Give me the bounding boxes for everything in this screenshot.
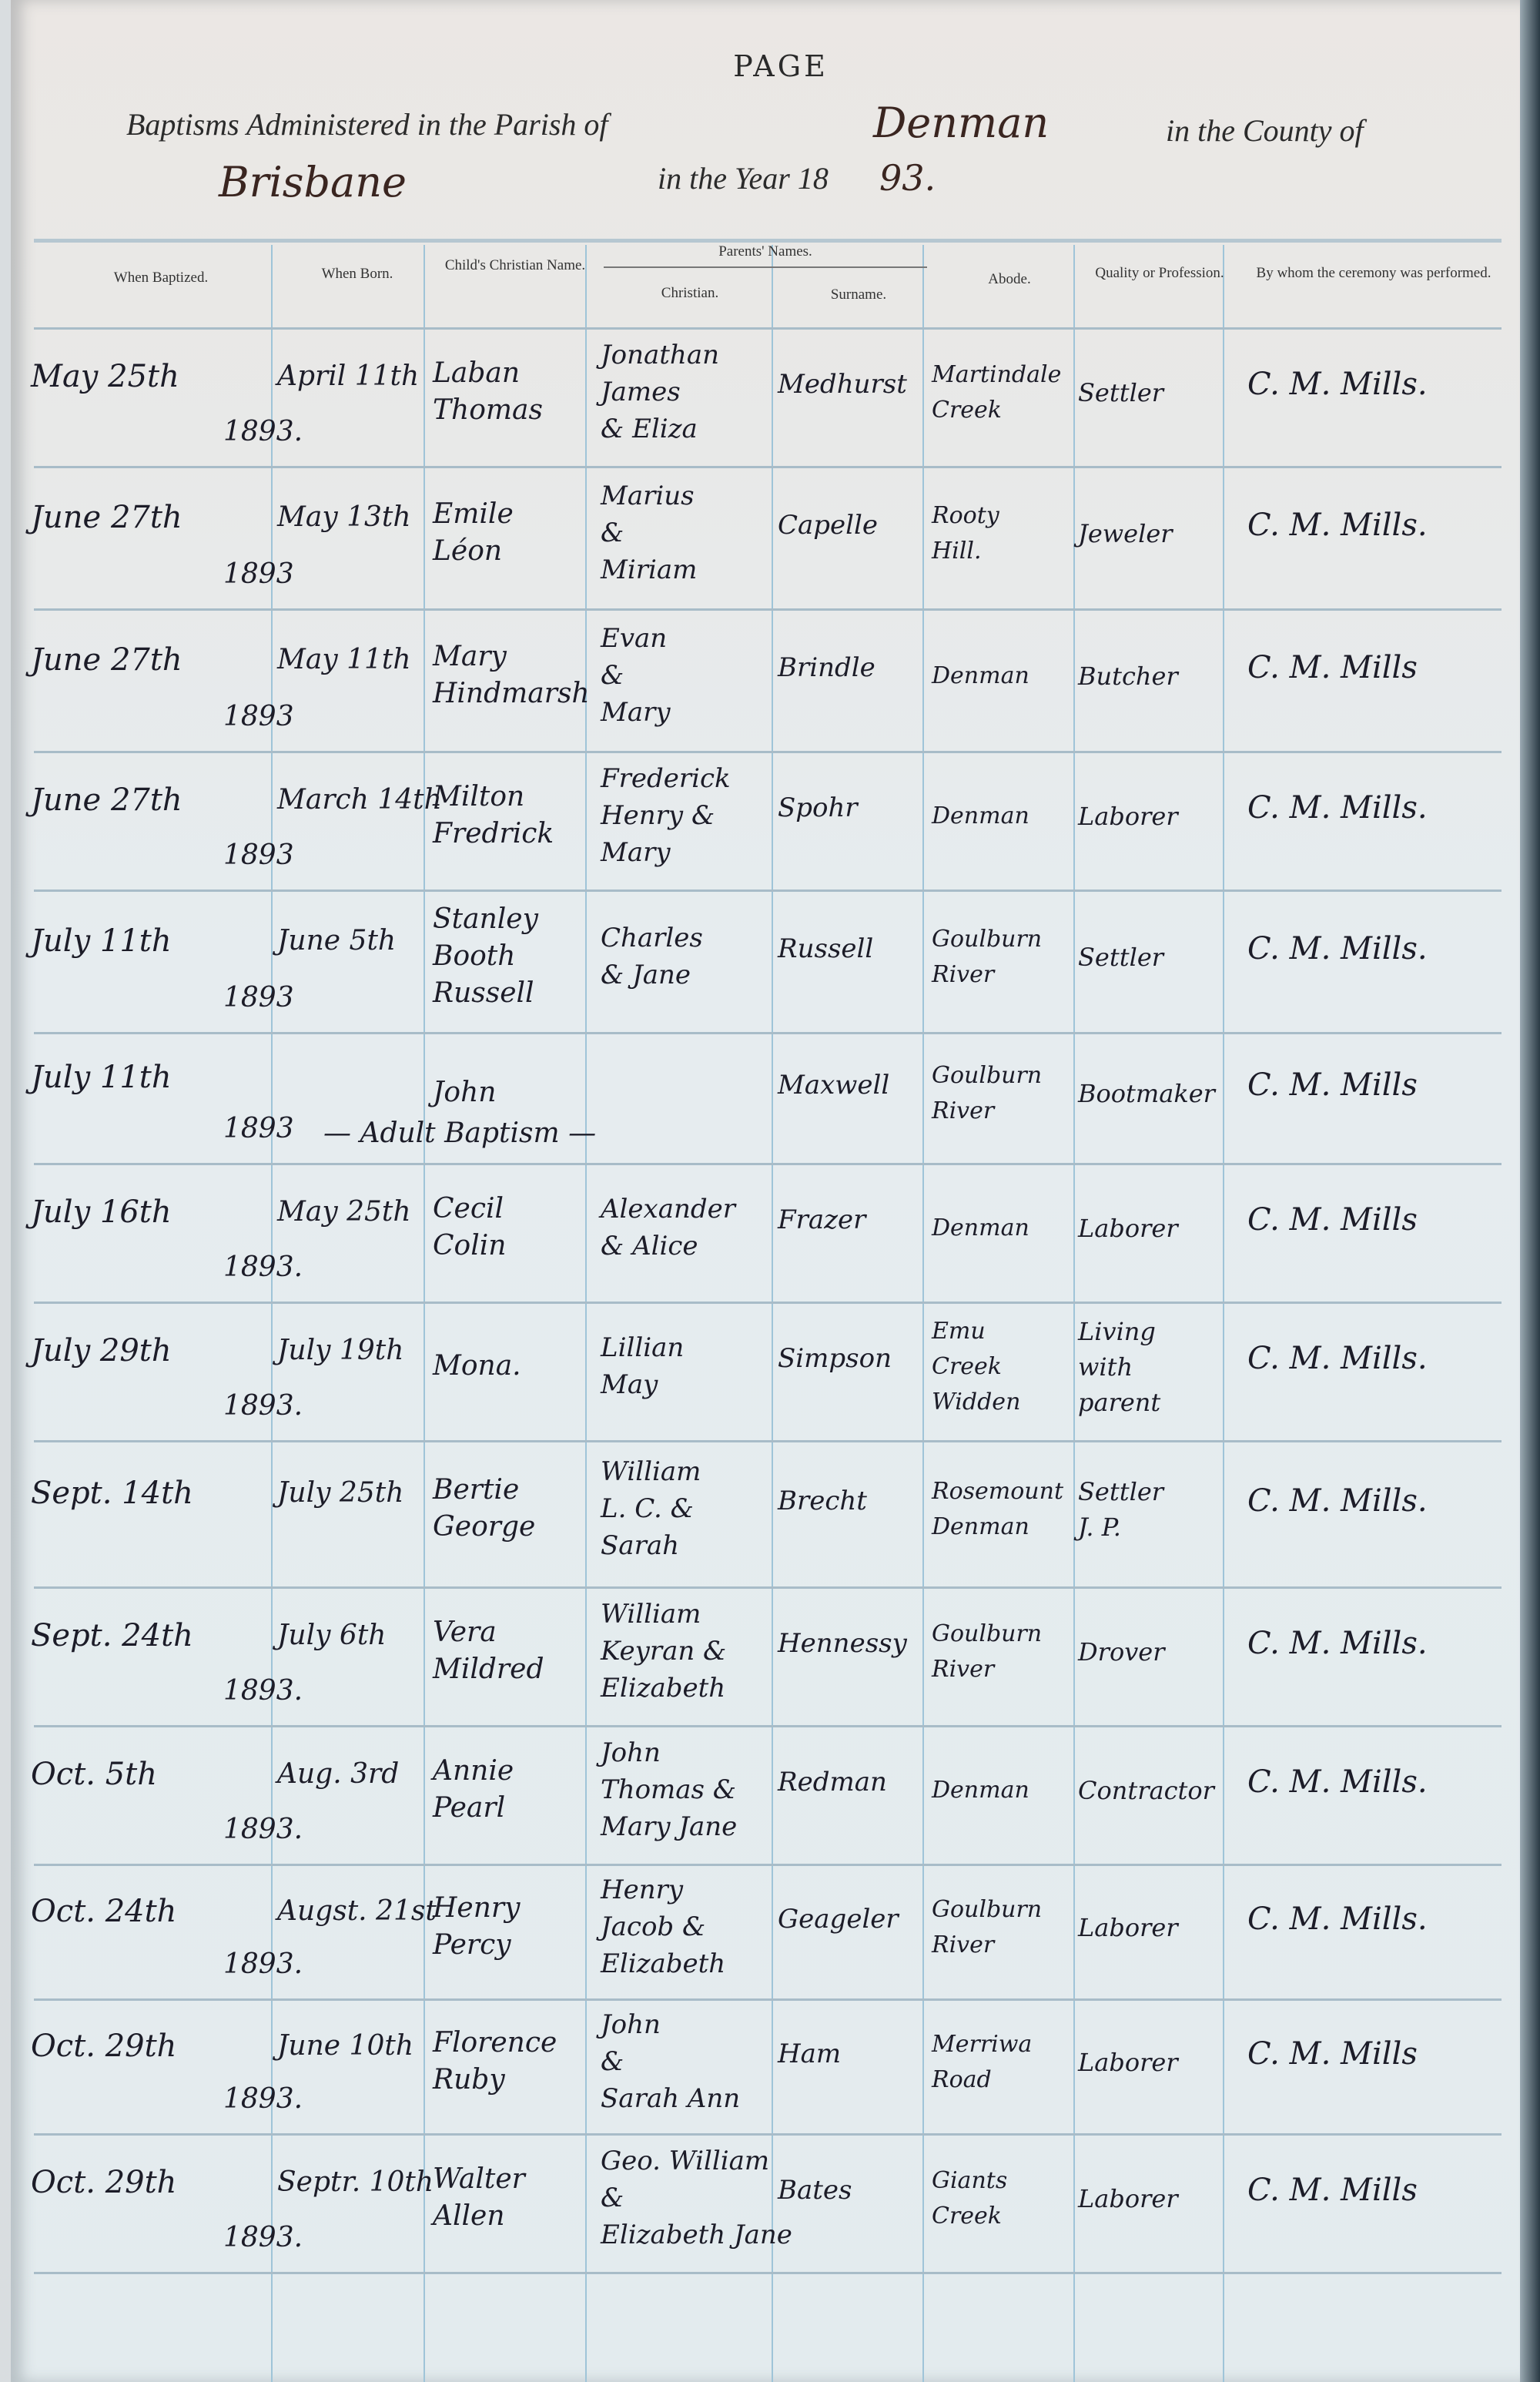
entry-parent-christian: Thomas & <box>601 1771 736 1808</box>
entry-officiant: C. M. Mills. <box>1247 930 1428 967</box>
entry-child-name: Colin <box>433 1228 506 1265</box>
entry-child-name: Hindmarsh <box>433 675 590 712</box>
entry-born-date: April 11th <box>277 358 419 395</box>
entry-surname: Russell <box>778 930 873 967</box>
entry-child-name: Walter <box>433 2161 525 2198</box>
entry-abode: Emu <box>932 1313 986 1350</box>
entry-officiant: C. M. Mills. <box>1247 789 1428 826</box>
entry-child-name: Milton <box>433 779 524 816</box>
entry-parent-christian: Mary Jane <box>601 1808 737 1845</box>
parish-name: Denman <box>873 99 1049 147</box>
entry-abode: Martindale <box>932 357 1061 394</box>
col-parents-group: Parents' Names. <box>598 243 933 260</box>
grid-row-rule <box>34 1725 1501 1727</box>
entry-baptized-date: July 29th <box>31 1332 172 1369</box>
entry-parent-christian: Elizabeth <box>601 1945 725 1982</box>
grid-row-rule <box>34 1163 1501 1165</box>
entry-officiant: C. M. Mills <box>1247 649 1418 686</box>
entry-officiant: C. M. Mills <box>1247 1067 1418 1104</box>
entry-born-date: May 11th <box>277 642 411 678</box>
entry-born-date: July 6th <box>277 1617 386 1654</box>
entry-officiant: C. M. Mills <box>1247 1201 1418 1238</box>
entry-parent-christian: Geo. William <box>601 2142 769 2179</box>
county-name: Brisbane <box>219 158 407 206</box>
entry-quality: Laborer <box>1078 1909 1178 1946</box>
entry-abode: Road <box>932 2062 992 2099</box>
entry-quality: parent <box>1078 1384 1160 1421</box>
grid-row-rule <box>34 1302 1501 1304</box>
entry-officiant: C. M. Mills. <box>1247 1764 1428 1801</box>
grid-column-rule <box>1073 245 1075 2382</box>
entry-baptized-year: 1893 <box>223 837 294 874</box>
entry-quality: Living <box>1078 1313 1156 1350</box>
entry-abode: Merriwa <box>932 2026 1032 2063</box>
grid-row-rule <box>34 2133 1501 2136</box>
entry-baptized-year: 1893 <box>223 1111 294 1147</box>
entry-born-date: May 25th <box>277 1194 411 1231</box>
entry-abode: River <box>932 956 994 993</box>
entry-child-name: Laban <box>433 355 520 392</box>
entry-parent-christian: John <box>601 1734 661 1771</box>
grid-row-rule <box>34 1032 1501 1034</box>
entry-child-name: Cecil <box>433 1191 504 1228</box>
entry-child-name: Florence <box>433 2025 557 2062</box>
entry-baptized-year: 1893 <box>223 980 294 1017</box>
entry-child-name: George <box>433 1509 535 1546</box>
entry-abode: Giants <box>932 2163 1007 2199</box>
entry-parent-christian: Mary <box>601 694 671 731</box>
entry-parent-christian: Jacob & <box>601 1908 705 1945</box>
col-officiant: By whom the ceremony was performed. <box>1235 265 1512 282</box>
entry-officiant: C. M. Mills. <box>1247 1625 1428 1662</box>
entry-abode: Goulburn <box>932 1057 1042 1094</box>
entry-parent-christian: & <box>601 514 624 551</box>
grid-row-rule <box>34 1998 1501 2001</box>
entry-abode: River <box>932 1651 994 1688</box>
entry-baptized-year: 1893. <box>223 1946 303 1983</box>
parents-divider <box>604 266 927 268</box>
entry-abode: Goulburn <box>932 1891 1042 1928</box>
col-abode: Abode. <box>935 271 1084 288</box>
grid-row-rule <box>34 1586 1501 1589</box>
entry-parent-christian: & <box>601 2179 624 2216</box>
entry-baptized-year: 1893 <box>223 556 294 593</box>
col-parents-surname: Surname. <box>784 286 933 303</box>
entry-parent-christian: & Eliza <box>601 410 698 447</box>
entry-baptized-date: May 25th <box>31 358 179 395</box>
col-quality: Quality or Profession. <box>1086 265 1234 282</box>
entry-parent-christian: Henry & <box>601 797 715 834</box>
entry-surname: Capelle <box>778 507 878 544</box>
heading-prefix: Baptisms Administered in the Parish of <box>126 106 608 142</box>
entry-abode: Creek <box>932 1348 1002 1385</box>
entry-quality: Butcher <box>1078 658 1178 695</box>
entry-abode: Rooty <box>932 498 999 534</box>
entry-baptized-year: 1893. <box>223 414 303 451</box>
entry-child-name: John <box>433 1074 496 1111</box>
entry-officiant: C. M. Mills. <box>1247 507 1428 544</box>
entry-quality: Laborer <box>1078 1210 1178 1247</box>
entry-quality: Settler <box>1078 1473 1163 1510</box>
entry-child-name: Thomas <box>433 392 543 429</box>
page-label: PAGE <box>11 49 1540 83</box>
entry-child-name: Vera <box>433 1614 497 1651</box>
grid-column-rule <box>1223 245 1224 2382</box>
entry-quality: Laborer <box>1078 2044 1178 2081</box>
entry-parent-christian: Sarah <box>601 1527 679 1564</box>
entry-child-name: Léon <box>433 533 502 570</box>
entry-child-name: Percy <box>433 1927 511 1964</box>
entry-born-date: Augst. 21st <box>277 1893 437 1930</box>
entry-child-name: Bertie <box>433 1472 519 1509</box>
entry-born-date: Aug. 3rd <box>277 1756 399 1793</box>
entry-parent-christian: Lillian <box>601 1329 684 1366</box>
entry-baptized-date: June 27th <box>31 499 182 536</box>
entry-baptized-date: Oct. 5th <box>31 1756 157 1793</box>
entry-born-date: June 10th <box>277 2028 413 2065</box>
entry-abode: Rosemount <box>932 1473 1063 1510</box>
entry-surname: Spohr <box>778 789 858 826</box>
entry-parent-christian: & <box>601 657 624 694</box>
entry-officiant: C. M. Mills <box>1247 2035 1418 2072</box>
entry-baptized-year: 1893. <box>223 1388 303 1425</box>
entry-born-date: May 13th <box>277 499 411 536</box>
entry-child-name: Allen <box>433 2198 505 2235</box>
grid-row-rule <box>34 466 1501 468</box>
entry-baptized-date: Sept. 24th <box>31 1617 193 1654</box>
entry-abode: Widden <box>932 1384 1020 1421</box>
entry-abode: Denman <box>932 1210 1029 1247</box>
entry-abode: Denman <box>932 798 1029 835</box>
entry-child-name: Russell <box>433 975 534 1012</box>
entry-abode: Goulburn <box>932 1616 1042 1653</box>
entry-parent-christian: Alexander <box>601 1191 735 1228</box>
entry-quality: with <box>1078 1348 1133 1385</box>
entry-abode: Creek <box>932 392 1002 429</box>
entry-child-name: Pearl <box>433 1790 505 1827</box>
entry-officiant: C. M. Mills <box>1247 2172 1418 2209</box>
entry-quality: Bootmaker <box>1078 1075 1215 1112</box>
entry-quality: Settler <box>1078 374 1163 411</box>
entry-baptized-year: 1893. <box>223 1673 303 1710</box>
col-when-baptized: When Baptized. <box>42 270 280 286</box>
entry-parent-christian: Charles <box>601 920 703 956</box>
col-when-born: When Born. <box>282 266 433 283</box>
entry-abode: River <box>932 1093 994 1130</box>
entry-baptized-date: July 11th <box>31 923 172 960</box>
entry-parent-christian: L. C. & <box>601 1490 694 1527</box>
entry-quality: Drover <box>1078 1633 1165 1670</box>
entry-baptized-year: 1893. <box>223 1811 303 1848</box>
entry-officiant: C. M. Mills. <box>1247 366 1428 403</box>
entry-quality: J. P. <box>1078 1509 1121 1546</box>
entry-baptized-year: 1893. <box>223 2081 303 2118</box>
grid-column-rule <box>922 245 924 2382</box>
entry-abode: Denman <box>932 1772 1029 1809</box>
entry-quality: Laborer <box>1078 798 1178 835</box>
entry-surname: Brecht <box>778 1482 867 1519</box>
entry-officiant: C. M. Mills. <box>1247 1340 1428 1377</box>
entry-surname: Hennessy <box>778 1625 907 1662</box>
entry-parent-christian: Sarah Ann <box>601 2080 740 2117</box>
grid-column-rule <box>585 245 587 2382</box>
grid-row-rule <box>34 1864 1501 1866</box>
entry-born-date: July 19th <box>277 1332 403 1369</box>
entry-parent-christian: James <box>601 374 681 410</box>
year-label: in the Year 18 <box>658 160 829 196</box>
entry-surname: Maxwell <box>778 1067 889 1104</box>
year-hand: 93. <box>879 157 936 199</box>
entry-born-date: March 14th <box>277 782 442 819</box>
entry-parent-christian: Keyran & <box>601 1633 726 1670</box>
grid-column-rule <box>772 245 773 2382</box>
entry-surname: Brindle <box>778 649 875 686</box>
entry-parent-christian: Evan <box>601 620 667 657</box>
entry-baptized-date: June 27th <box>31 642 182 678</box>
entry-baptized-date: Oct. 24th <box>31 1893 176 1930</box>
entry-child-name: Annie <box>433 1753 514 1790</box>
entry-abode: River <box>932 1927 994 1964</box>
grid-row-rule <box>34 751 1501 753</box>
entry-parent-christian: William <box>601 1596 701 1633</box>
entry-surname: Geageler <box>778 1901 899 1938</box>
entry-born-date: June 5th <box>277 923 396 960</box>
col-parents-christian: Christian. <box>598 285 782 302</box>
entry-child-name: Henry <box>433 1890 520 1927</box>
entry-baptized-year: 1893 <box>223 699 294 735</box>
entry-child-name: Mona. <box>433 1348 521 1385</box>
grid-row-rule <box>34 608 1501 611</box>
grid-row-rule <box>34 239 1501 243</box>
entry-quality: Settler <box>1078 939 1163 976</box>
entry-parent-christian: & Alice <box>601 1228 698 1265</box>
entry-child-name: Emile <box>433 496 514 533</box>
entry-child-name: Mary <box>433 638 507 675</box>
entry-surname: Bates <box>778 2172 852 2209</box>
entry-parent-christian: Henry <box>601 1871 683 1908</box>
entry-surname: Simpson <box>778 1340 892 1377</box>
grid-row-rule <box>34 327 1501 330</box>
grid-row-rule <box>34 1440 1501 1442</box>
entry-baptized-date: Oct. 29th <box>31 2164 176 2201</box>
entry-baptized-date: Oct. 29th <box>31 2028 176 2065</box>
entry-parent-christian: Elizabeth <box>601 1670 725 1707</box>
entry-born-date: July 25th <box>277 1475 403 1512</box>
grid-column-rule <box>423 245 425 2382</box>
entry-parent-christian: William <box>601 1453 701 1490</box>
entry-baptized-date: July 11th <box>31 1059 172 1096</box>
entry-baptized-date: Sept. 14th <box>31 1475 193 1512</box>
entry-baptized-year: 1893. <box>223 2220 303 2256</box>
entry-parent-christian: May <box>601 1366 658 1403</box>
entry-abode: Denman <box>932 1509 1029 1546</box>
entry-child-name: Mildred <box>433 1651 544 1688</box>
entry-abode: Creek <box>932 2198 1002 2235</box>
entry-parent-christian: Elizabeth Jane <box>601 2216 792 2253</box>
entry-officiant: C. M. Mills. <box>1247 1482 1428 1519</box>
entry-abode: Hill. <box>932 533 981 570</box>
entry-parent-christian: John <box>601 2006 661 2043</box>
entry-abode: Denman <box>932 658 1029 695</box>
entry-note: — Adult Baptism — <box>323 1115 596 1152</box>
entry-parent-christian: Mary <box>601 834 671 871</box>
entry-quality: Contractor <box>1078 1772 1214 1809</box>
entry-surname: Redman <box>778 1764 887 1801</box>
entry-parent-christian: Marius <box>601 477 695 514</box>
entry-abode: Goulburn <box>932 921 1042 958</box>
entry-parent-christian: Jonathan <box>601 337 719 374</box>
col-child-name: Child's Christian Name. <box>436 257 594 274</box>
grid-row-rule <box>34 889 1501 892</box>
entry-surname: Ham <box>778 2035 841 2072</box>
grid-row-rule <box>34 2272 1501 2274</box>
entry-parent-christian: & Jane <box>601 956 691 993</box>
entry-surname: Frazer <box>778 1201 865 1238</box>
book-edge <box>1520 0 1540 2382</box>
entry-child-name: Stanley <box>433 901 538 938</box>
entry-quality: Laborer <box>1078 2180 1178 2217</box>
entry-parent-christian: & <box>601 2043 624 2080</box>
entry-born-date: Septr. 10th <box>277 2164 434 2201</box>
entry-parent-christian: Frederick <box>601 760 731 797</box>
entry-officiant: C. M. Mills. <box>1247 1901 1428 1938</box>
entry-baptized-date: June 27th <box>31 782 182 819</box>
entry-child-name: Ruby <box>433 2062 505 2099</box>
entry-quality: Jeweler <box>1078 515 1173 552</box>
entry-surname: Medhurst <box>778 366 907 403</box>
entry-parent-christian: Miriam <box>601 551 697 588</box>
entry-child-name: Fredrick <box>433 816 554 853</box>
entry-child-name: Booth <box>433 938 515 975</box>
register-page: PAGE Baptisms Administered in the Parish… <box>11 0 1522 2382</box>
entry-baptized-date: July 16th <box>31 1194 172 1231</box>
entry-baptized-year: 1893. <box>223 1249 303 1286</box>
county-label: in the County of <box>1166 112 1364 149</box>
